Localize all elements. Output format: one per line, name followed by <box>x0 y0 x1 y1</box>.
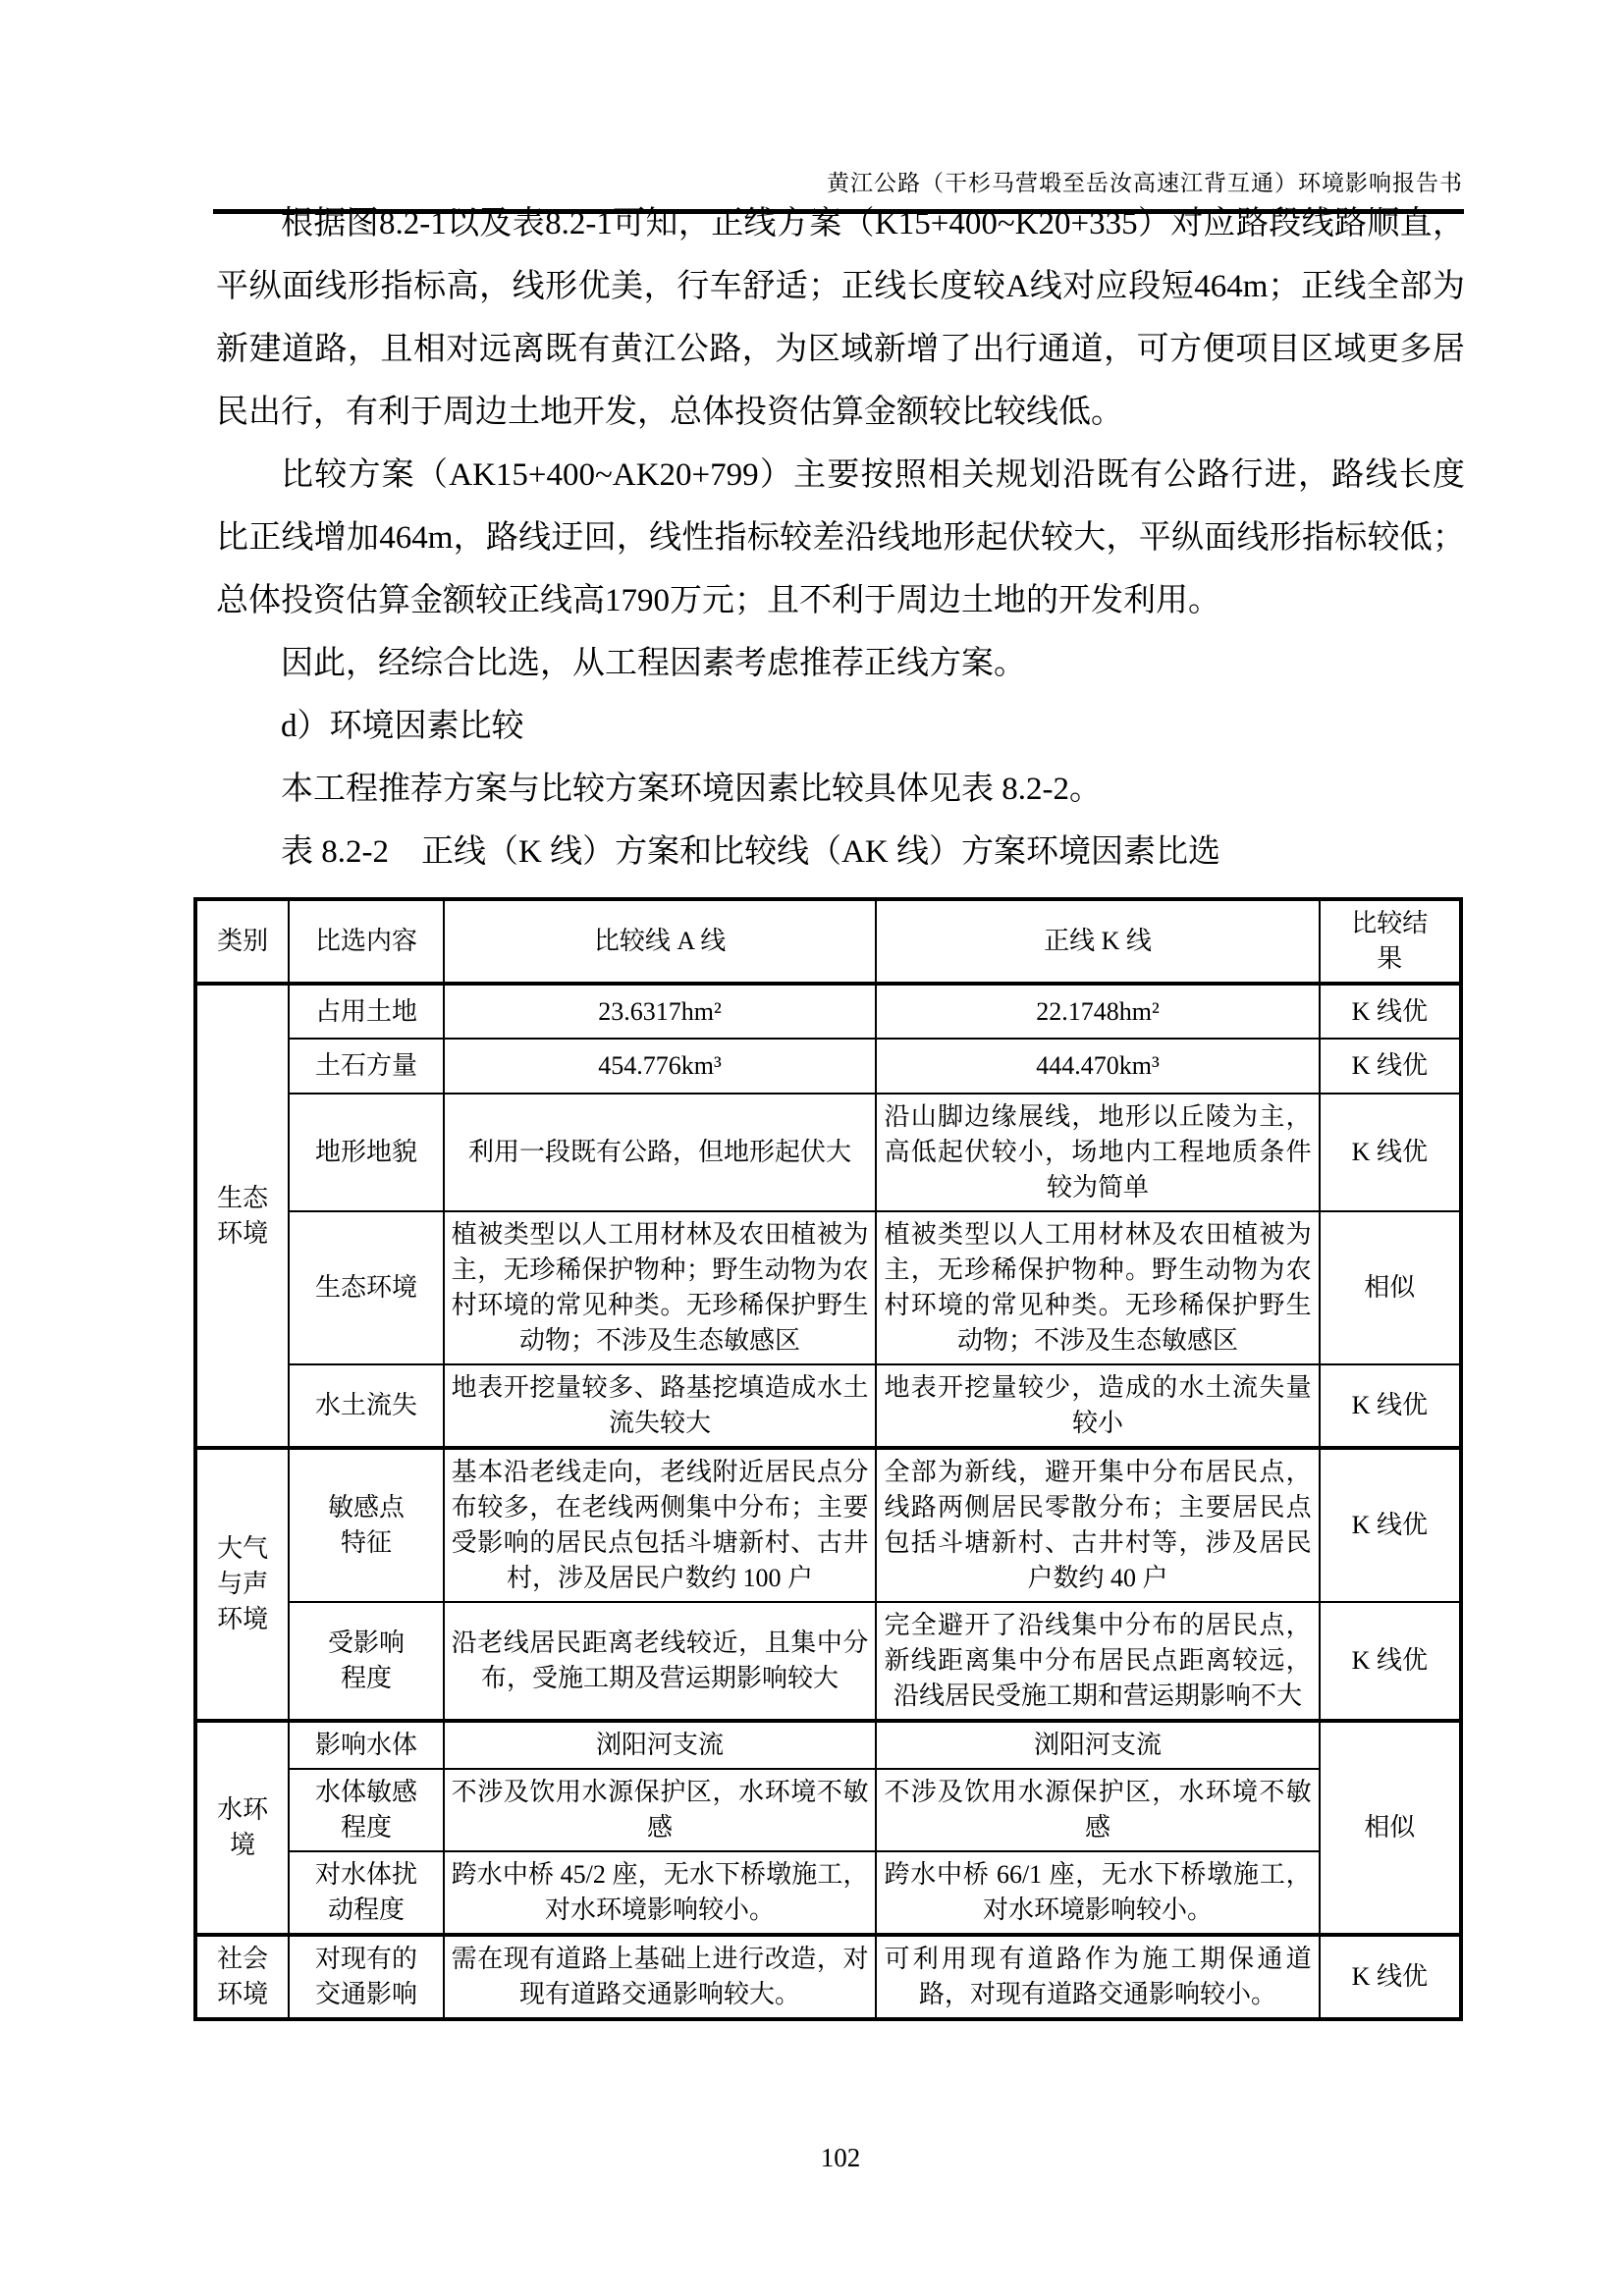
cell-line-k: 完全避开了沿线集中分布的居民点，新线距离集中分布居民点距离较远，沿线居民受施工期… <box>876 1602 1319 1721</box>
cell-result: K 线优 <box>1320 1935 1461 2019</box>
table-row: 水土流失 地表开挖量较多、路基挖填造成水土流失较大 地表开挖量较少，造成的水土流… <box>195 1364 1461 1448</box>
cell-line-a: 利用一段既有公路，但地形起伏大 <box>444 1094 877 1211</box>
cell-line-a: 需在现有道路上基础上进行改造，对现有道路交通影响较大。 <box>444 1935 877 2019</box>
cell-line-k: 不涉及饮用水源保护区，水环境不敏感 <box>876 1769 1319 1851</box>
table-header-row: 类别 比选内容 比较线 A 线 正线 K 线 比较结 果 <box>195 899 1461 984</box>
cell-item: 对水体扰 动程度 <box>289 1851 443 1935</box>
cell-line-a: 454.776km³ <box>444 1039 877 1094</box>
cell-line-k: 22.1748hm² <box>876 984 1319 1039</box>
page-number: 102 <box>216 2143 1465 2173</box>
cell-line-k: 可利用现有道路作为施工期保通道路，对现有道路交通影响较小。 <box>876 1935 1319 2019</box>
table-row: 地形地貌 利用一段既有公路，但地形起伏大 沿山脚边缘展线，地形以丘陵为主，高低起… <box>195 1094 1461 1211</box>
table-row: 水环 境 影响水体 浏阳河支流 浏阳河支流 相似 <box>195 1721 1461 1769</box>
cell-result: 相似 <box>1320 1721 1461 1935</box>
cell-line-k: 植被类型以人工用材林及农田植被为主，无珍稀保护物种。野生动物为农村环境的常见种类… <box>876 1211 1319 1364</box>
cell-line-a: 地表开挖量较多、路基挖填造成水土流失较大 <box>444 1364 877 1448</box>
cell-result: 相似 <box>1320 1211 1461 1364</box>
cell-line-k: 沿山脚边缘展线，地形以丘陵为主，高低起伏较小，场地内工程地质条件较为简单 <box>876 1094 1319 1211</box>
cell-line-a: 沿老线居民距离老线较近，且集中分布，受施工期及营运期影响较大 <box>444 1602 877 1721</box>
env-factor-comparison-table: 类别 比选内容 比较线 A 线 正线 K 线 比较结 果 生态 环境 占用土地 … <box>193 897 1463 2021</box>
cell-category-water: 水环 境 <box>195 1721 289 1935</box>
cell-line-a: 不涉及饮用水源保护区，水环境不敏感 <box>444 1769 877 1851</box>
table-row: 对水体扰 动程度 跨水中桥 45/2 座，无水下桥墩施工，对水环境影响较小。 跨… <box>195 1851 1461 1935</box>
cell-result: K 线优 <box>1320 1094 1461 1211</box>
table-row: 受影响 程度 沿老线居民距离老线较近，且集中分布，受施工期及营运期影响较大 完全… <box>195 1602 1461 1721</box>
col-header-line-k: 正线 K 线 <box>876 899 1319 984</box>
col-header-category: 类别 <box>195 899 289 984</box>
cell-result: K 线优 <box>1320 1602 1461 1721</box>
cell-category-air-noise: 大气 与声 环境 <box>195 1448 289 1721</box>
paragraph-conclusion: 因此，经综合比选，从工程因素考虑推荐正线方案。 <box>216 632 1465 695</box>
cell-line-a: 跨水中桥 45/2 座，无水下桥墩施工，对水环境影响较小。 <box>444 1851 877 1935</box>
cell-item: 影响水体 <box>289 1721 443 1769</box>
table-row: 生态 环境 占用土地 23.6317hm² 22.1748hm² K 线优 <box>195 984 1461 1039</box>
cell-item: 地形地貌 <box>289 1094 443 1211</box>
cell-category-social: 社会 环境 <box>195 1935 289 2019</box>
cell-line-a: 23.6317hm² <box>444 984 877 1039</box>
cell-line-k: 浏阳河支流 <box>876 1721 1319 1769</box>
paragraph-engineering-k-line: 根据图8.2-1以及表8.2-1可知，正线方案（K15+400~K20+335）… <box>216 192 1465 444</box>
cell-result: K 线优 <box>1320 1039 1461 1094</box>
document-body: 根据图8.2-1以及表8.2-1可知，正线方案（K15+400~K20+335）… <box>216 192 1465 883</box>
comparison-table-container: 类别 比选内容 比较线 A 线 正线 K 线 比较结 果 生态 环境 占用土地 … <box>193 897 1463 2021</box>
cell-item: 水体敏感 程度 <box>289 1769 443 1851</box>
cell-line-k: 444.470km³ <box>876 1039 1319 1094</box>
cell-line-a: 植被类型以人工用材林及农田植被为主，无珍稀保护物种；野生动物为农村环境的常见种类… <box>444 1211 877 1364</box>
col-header-result: 比较结 果 <box>1320 899 1461 984</box>
cell-result: K 线优 <box>1320 1448 1461 1602</box>
table-row: 大气 与声 环境 敏感点 特征 基本沿老线走向，老线附近居民点分布较多，在老线两… <box>195 1448 1461 1602</box>
table-row: 生态环境 植被类型以人工用材林及农田植被为主，无珍稀保护物种；野生动物为农村环境… <box>195 1211 1461 1364</box>
heading-environment-factor: d）环境因素比较 <box>216 695 1465 758</box>
cell-item: 敏感点 特征 <box>289 1448 443 1602</box>
table-row: 土石方量 454.776km³ 444.470km³ K 线优 <box>195 1039 1461 1094</box>
cell-item: 占用土地 <box>289 984 443 1039</box>
table-row: 水体敏感 程度 不涉及饮用水源保护区，水环境不敏感 不涉及饮用水源保护区，水环境… <box>195 1769 1461 1851</box>
cell-line-a: 基本沿老线走向，老线附近居民点分布较多，在老线两侧集中分布；主要受影响的居民点包… <box>444 1448 877 1602</box>
table-caption: 表 8.2-2 正线（K 线）方案和比较线（AK 线）方案环境因素比选 <box>216 821 1465 883</box>
cell-item: 对现有的 交通影响 <box>289 1935 443 2019</box>
cell-category-ecology: 生态 环境 <box>195 984 289 1448</box>
cell-line-k: 地表开挖量较少，造成的水土流失量较小 <box>876 1364 1319 1448</box>
cell-line-a: 浏阳河支流 <box>444 1721 877 1769</box>
table-row: 社会 环境 对现有的 交通影响 需在现有道路上基础上进行改造，对现有道路交通影响… <box>195 1935 1461 2019</box>
document-page: 黄江公路（干杉马营塅至岳汝高速江背互通）环境影响报告书 根据图8.2-1以及表8… <box>0 0 1624 2296</box>
cell-item: 水土流失 <box>289 1364 443 1448</box>
col-header-line-a: 比较线 A 线 <box>444 899 877 984</box>
cell-result: K 线优 <box>1320 984 1461 1039</box>
paragraph-see-table: 本工程推荐方案与比较方案环境因素比较具体见表 8.2-2。 <box>216 758 1465 821</box>
cell-line-k: 跨水中桥 66/1 座，无水下桥墩施工，对水环境影响较小。 <box>876 1851 1319 1935</box>
cell-result: K 线优 <box>1320 1364 1461 1448</box>
cell-item: 受影响 程度 <box>289 1602 443 1721</box>
cell-item: 土石方量 <box>289 1039 443 1094</box>
cell-line-k: 全部为新线，避开集中分布居民点，线路两侧居民零散分布；主要居民点包括斗塘新村、古… <box>876 1448 1319 1602</box>
cell-item: 生态环境 <box>289 1211 443 1364</box>
paragraph-comparison-ak-line: 比较方案（AK15+400~AK20+799）主要按照相关规划沿既有公路行进，路… <box>216 444 1465 632</box>
col-header-item: 比选内容 <box>289 899 443 984</box>
